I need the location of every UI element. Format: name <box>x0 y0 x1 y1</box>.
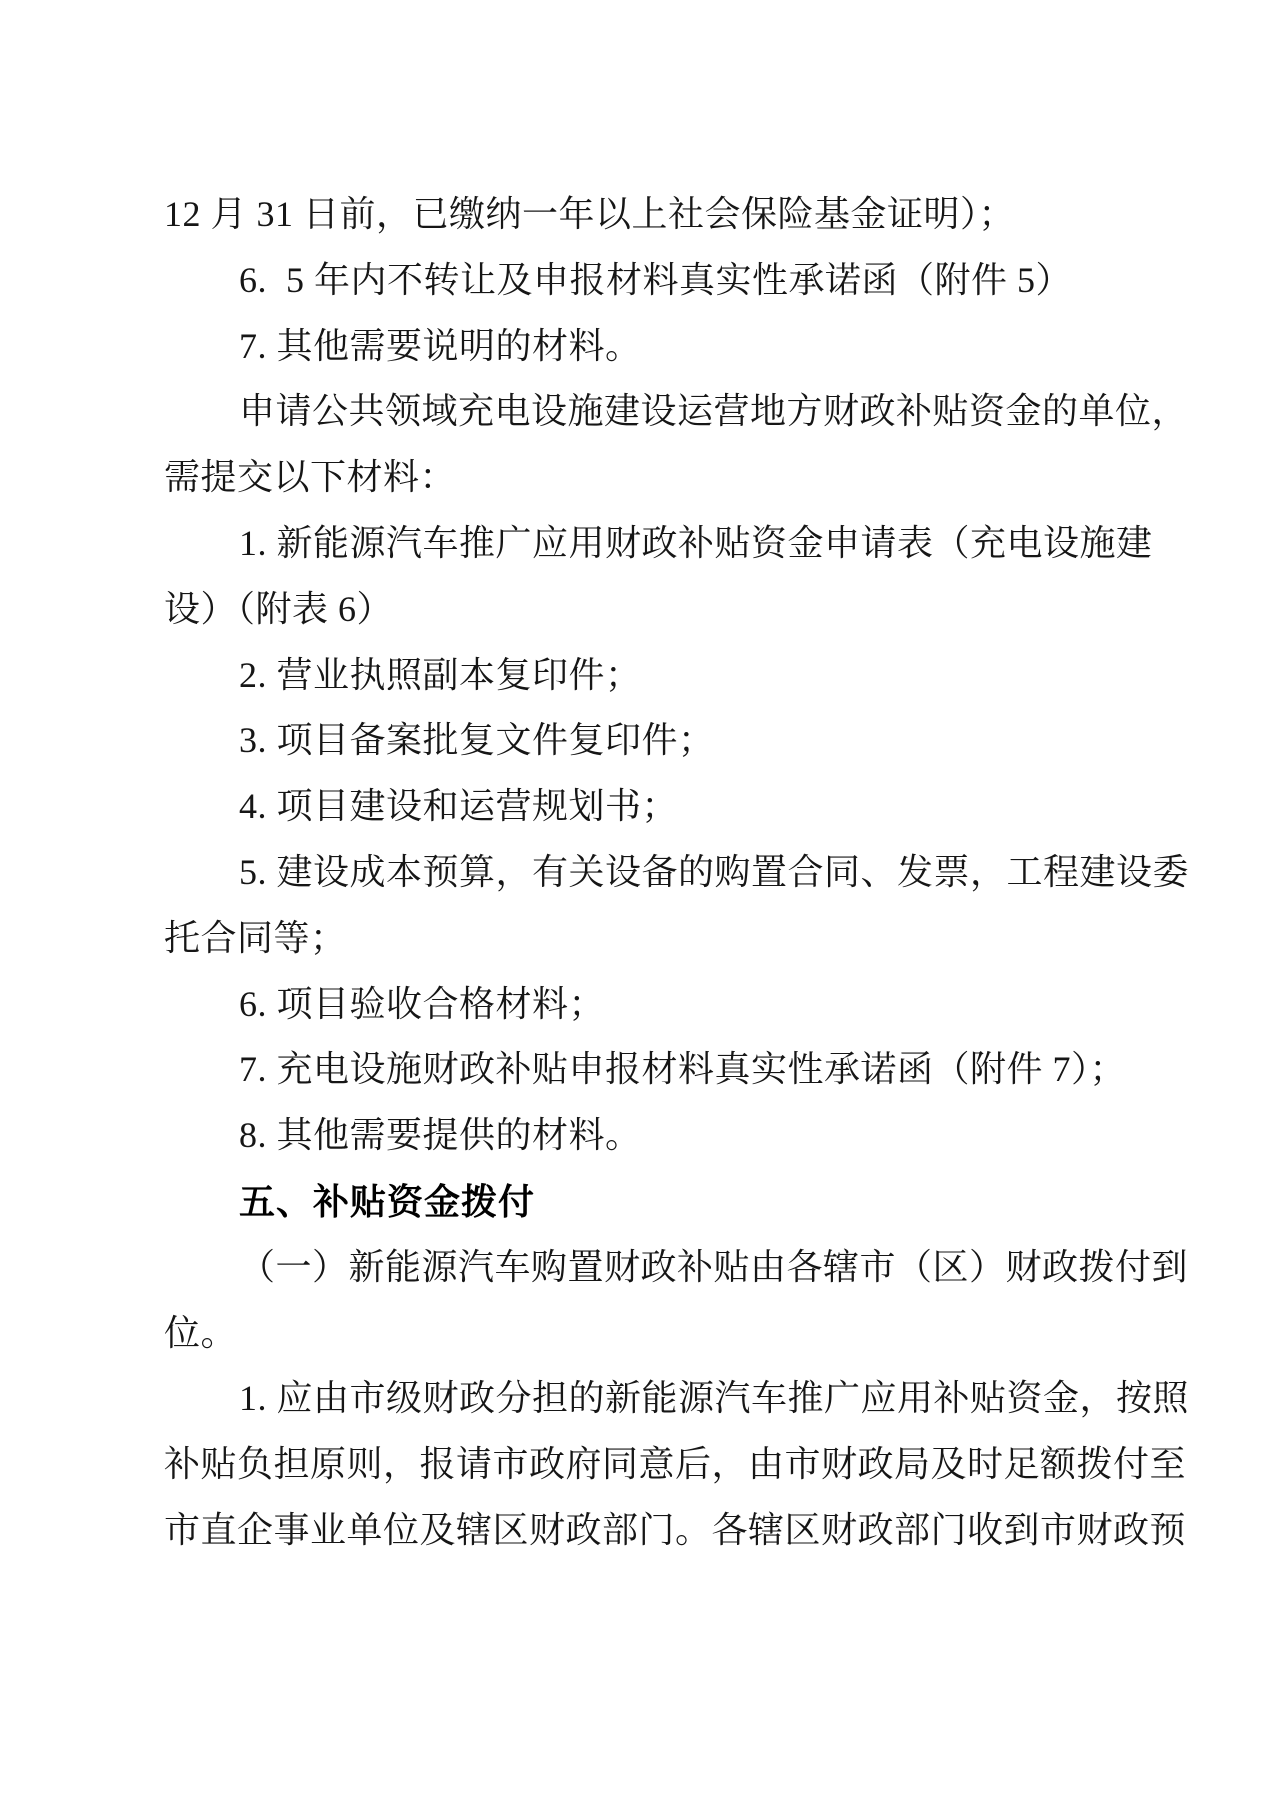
list-item-5: 5. 建设成本预算，有关设备的购置合同、发票，工程建设委 <box>164 840 1114 906</box>
list-item-1-continuation: 设）（附表 6） <box>164 577 1114 643</box>
list-item-6b: 6. 项目验收合格材料； <box>164 972 1114 1038</box>
text-line: 12 月 31 日前，已缴纳一年以上社会保险基金证明）； <box>164 182 1114 248</box>
list-item-2: 2. 营业执照副本复印件； <box>164 643 1114 709</box>
document-page: 12 月 31 日前，已缴纳一年以上社会保险基金证明）； 6. 5 年内不转让及… <box>0 0 1273 1800</box>
list-item-6: 6. 5 年内不转让及申报材料真实性承诺函（附件 5） <box>164 248 1114 314</box>
list-item-5-continuation: 托合同等； <box>164 906 1114 972</box>
paragraph-line: 需提交以下材料： <box>164 445 1114 511</box>
section-heading: 五、补贴资金拨付 <box>164 1169 1114 1235</box>
paragraph-line: （一）新能源汽车购置财政补贴由各辖市（区）财政拨付到 <box>164 1235 1114 1301</box>
paragraph-line: 1. 应由市级财政分担的新能源汽车推广应用补贴资金，按照 <box>164 1366 1114 1432</box>
list-item-4: 4. 项目建设和运营规划书； <box>164 774 1114 840</box>
paragraph-line: 补贴负担原则，报请市政府同意后，由市财政局及时足额拨付至 <box>164 1432 1114 1498</box>
list-item-7b: 7. 充电设施财政补贴申报材料真实性承诺函（附件 7）； <box>164 1037 1114 1103</box>
document-text-block: 12 月 31 日前，已缴纳一年以上社会保险基金证明）； 6. 5 年内不转让及… <box>164 182 1114 1564</box>
paragraph-line: 申请公共领域充电设施建设运营地方财政补贴资金的单位， <box>164 379 1114 445</box>
paragraph-line: 市直企事业单位及辖区财政部门。各辖区财政部门收到市财政预 <box>164 1498 1114 1564</box>
list-item-1: 1. 新能源汽车推广应用财政补贴资金申请表（充电设施建 <box>164 511 1114 577</box>
list-item-3: 3. 项目备案批复文件复印件； <box>164 708 1114 774</box>
list-item-8: 8. 其他需要提供的材料。 <box>164 1103 1114 1169</box>
paragraph-line: 位。 <box>164 1301 1114 1367</box>
list-item-7: 7. 其他需要说明的材料。 <box>164 314 1114 380</box>
